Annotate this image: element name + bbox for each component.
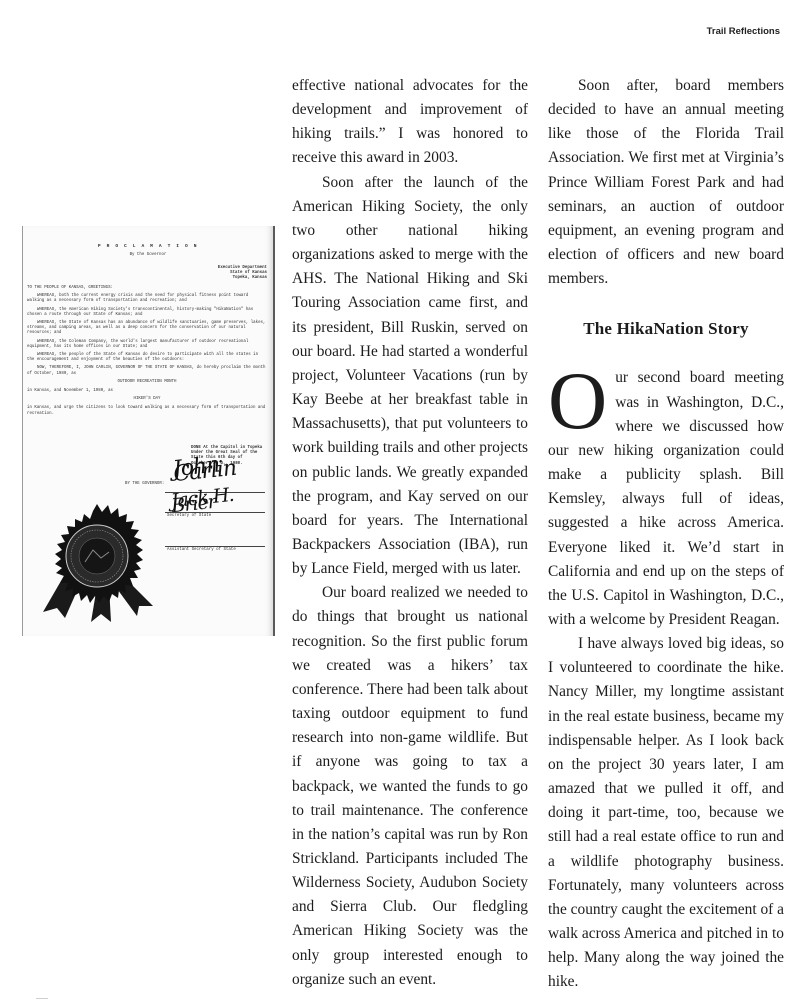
whereas-clause: WHEREAS, the State of Kansas has an abun…	[27, 321, 267, 337]
urge-clause: in Kansas, and urge the citizens to look…	[27, 406, 267, 416]
proclamation-title: P R O C L A M A T I O N	[23, 244, 273, 249]
proclamation-body: TO THE PEOPLE OF KANSAS, GREETINGS: WHER…	[27, 286, 267, 420]
proclamation-document-image: P R O C L A M A T I O N By the Governor …	[22, 226, 275, 636]
secretary-label: Secretary of State	[167, 514, 211, 519]
secretary-signature-line	[165, 512, 265, 513]
paragraph: I have always loved big ideas, so I volu…	[548, 632, 784, 994]
day-title: HIKER'S DAY	[27, 397, 267, 402]
in-kansas-clause: in Kansas, and November 1, 1980, as	[27, 389, 267, 394]
paragraph: Soon after the launch of the American Hi…	[292, 171, 528, 582]
whereas-clause: WHEREAS, the people of the State of Kans…	[27, 353, 267, 363]
drop-cap: O	[548, 370, 607, 434]
secretary-signature: Jack H. Brier	[171, 489, 274, 510]
proclaim-clause: NOW, THEREFORE, I, JOHN CARLIN, GOVERNOR…	[27, 366, 267, 376]
whereas-clause: WHEREAS, the Coleman Company, the world'…	[27, 340, 267, 350]
article-column-middle: effective national advocates for the dev…	[292, 74, 528, 992]
page-edge-mark	[36, 998, 48, 999]
paragraph: Our board realized we needed to do thing…	[292, 581, 528, 992]
article-column-right: Soon after, board members decided to hav…	[548, 74, 784, 994]
state-seal-icon	[35, 494, 165, 624]
running-head: Trail Reflections	[707, 26, 780, 37]
assistant-signature-line	[165, 546, 265, 547]
story-paragraph: Our second board meeting was in Washingt…	[548, 366, 784, 632]
whereas-clause: WHEREAS, both the current energy crisis …	[27, 294, 267, 304]
month-title: OUTDOOR RECREATION MONTH	[27, 380, 267, 385]
assistant-label: Assistant Secretary of State	[167, 548, 236, 553]
proclamation-salutation: TO THE PEOPLE OF KANSAS, GREETINGS:	[27, 286, 267, 291]
whereas-clause: WHEREAS, the American Hiking Society's t…	[27, 308, 267, 318]
by-governor-label: BY THE GOVERNOR:	[125, 482, 164, 487]
paragraph: Soon after, board members decided to hav…	[548, 74, 784, 291]
proclamation-subtitle: By the Governor	[23, 253, 273, 258]
paragraph: effective national advocates for the dev…	[292, 74, 528, 171]
proclamation-department: Executive Department State of Kansas Top…	[218, 266, 267, 282]
governor-signature: John Carlin	[173, 457, 274, 478]
section-heading: The HikaNation Story	[548, 318, 784, 340]
department-line: Topeka, Kansas	[218, 276, 267, 281]
